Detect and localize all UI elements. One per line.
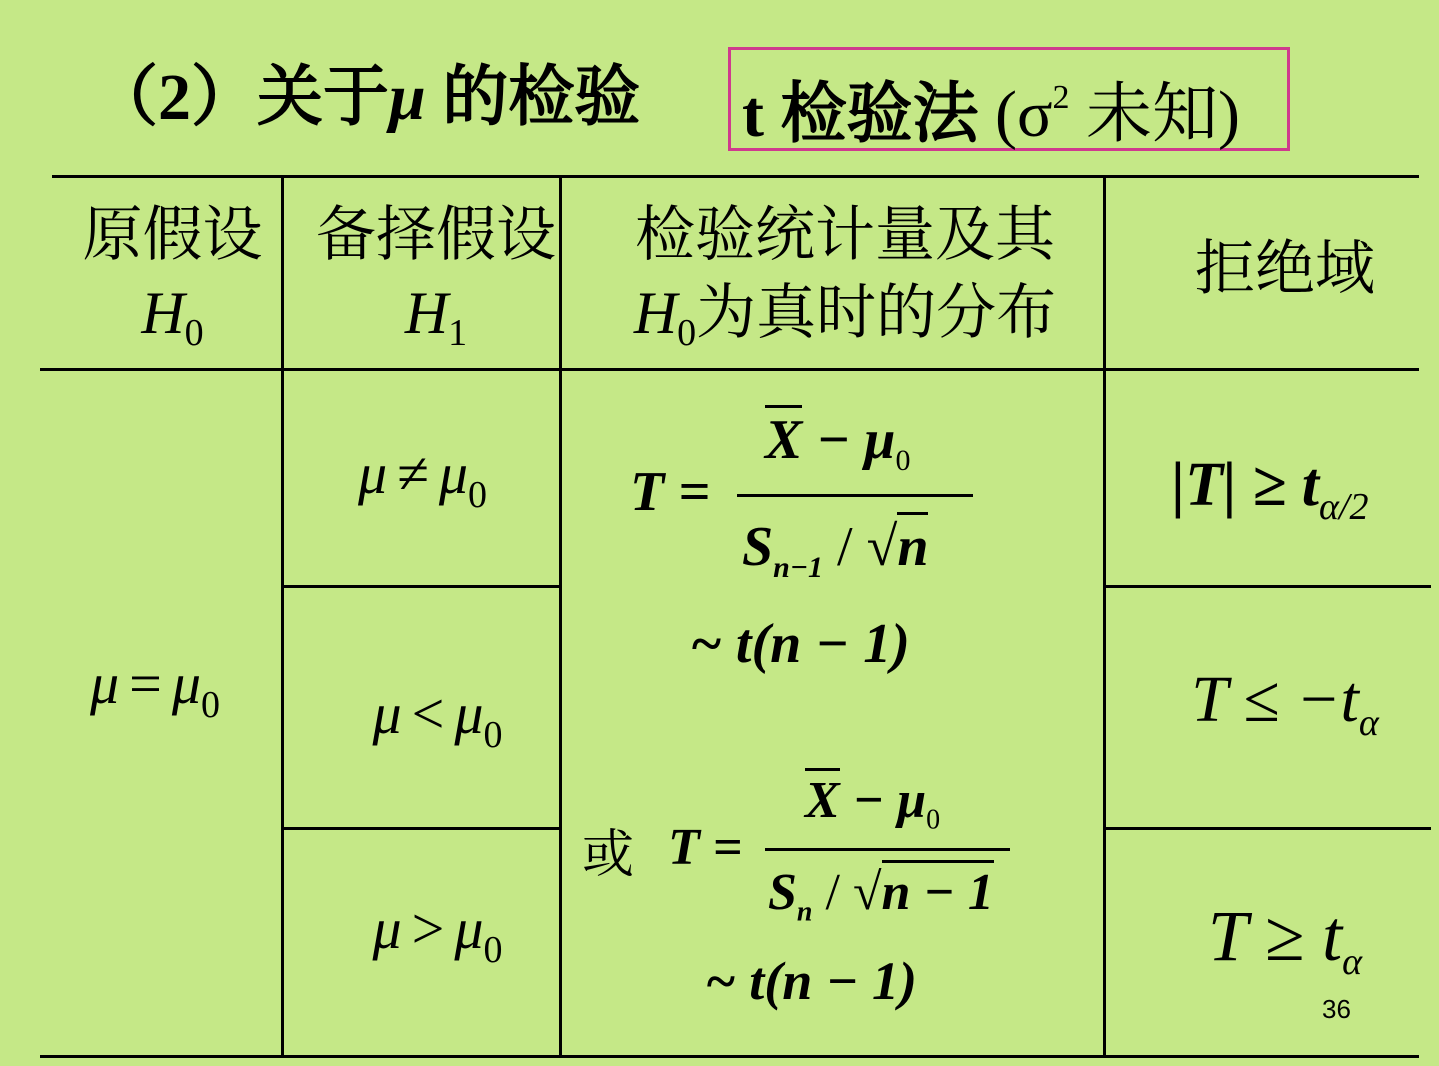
statistic-1-numerator: X − μ0 [765, 405, 910, 478]
statistic-1-lhs: T = [630, 460, 710, 524]
condition-open: (σ [995, 78, 1053, 151]
row-divider-2 [283, 827, 561, 830]
statistic-2-fraction-bar [765, 848, 1010, 851]
rejection-sub: α [1359, 702, 1379, 744]
null-hypothesis-cell: μ=μ0 [50, 650, 260, 727]
numerator-rest: − μ [840, 772, 926, 829]
xbar: X [765, 405, 802, 468]
null-rhs: μ [172, 651, 201, 716]
rejection-region-3: T ≥ tα [1150, 895, 1420, 984]
sqrt-radicand: n [897, 512, 928, 575]
statistic-1-fraction-bar [737, 494, 973, 497]
numerator-rest: − μ [802, 409, 895, 471]
alt-lhs: μ [373, 896, 402, 961]
title-mu-symbol: μ [389, 61, 426, 134]
alt-hypothesis-1: μ≠μ0 [285, 440, 560, 517]
header-statistic-rest: 为真时的分布 [696, 280, 1056, 346]
rejection-expr: T ≥ t [1208, 896, 1342, 976]
row-divider-1 [283, 585, 561, 588]
numerator-sub: 0 [895, 444, 910, 477]
statistic-1-distribution: ~ t(n − 1) [690, 612, 910, 676]
method-letter: t [742, 78, 764, 151]
title-prefix: （2）关于 [92, 61, 389, 134]
sqrt-sign: / √ [813, 864, 882, 921]
subscript: 0 [677, 312, 696, 354]
alt-lhs: μ [373, 681, 402, 746]
null-sub: 0 [201, 684, 220, 726]
alt-rhs: μ [454, 896, 483, 961]
alt-sub: 0 [483, 929, 502, 971]
alt-op: > [412, 896, 445, 961]
alt-op: ≠ [397, 441, 429, 506]
alt-op: < [412, 681, 445, 746]
symbol-h: H [141, 280, 184, 346]
statistic-1-denominator: Sn−1 / √n [742, 512, 928, 585]
statistic-2-lhs: T = [668, 818, 742, 877]
header-null-hypothesis: 原假设 H0 [60, 196, 285, 372]
symbol-h: H [405, 280, 448, 346]
denominator-sub: n−1 [773, 551, 823, 584]
denominator-s: S [742, 516, 773, 578]
method-name: 检验法 [780, 78, 978, 151]
denominator-s: S [768, 864, 797, 921]
header-statistic-line2: H0为真时的分布 [600, 274, 1090, 372]
alt-rhs: μ [454, 681, 483, 746]
rejection-expr: T ≤ −t [1191, 663, 1359, 736]
condition-sup: 2 [1053, 79, 1070, 116]
xbar: X [805, 768, 840, 827]
table-bottom-border [40, 1055, 1419, 1058]
sqrt-sign: / √ [823, 516, 897, 578]
rejection-region-1: |T| ≥ tα/2 [1130, 450, 1410, 529]
header-rejection-region: 拒绝域 [1150, 230, 1420, 308]
method-title: t 检验法 (σ2 未知) [742, 58, 1240, 155]
null-op: = [129, 651, 162, 716]
sqrt-radicand: n − 1 [882, 860, 994, 919]
header-alt-symbol: H1 [308, 274, 564, 372]
rejection-expr: |T| ≥ t [1172, 451, 1319, 519]
rejection-region-2: T ≤ −tα [1150, 662, 1420, 745]
header-test-statistic: 检验统计量及其 H0为真时的分布 [600, 196, 1090, 372]
table-top-border [52, 175, 1419, 178]
alt-rhs: μ [439, 441, 468, 506]
rejection-sub: α/2 [1319, 486, 1369, 528]
numerator-sub: 0 [926, 804, 940, 835]
rejection-sub: α [1342, 941, 1362, 983]
symbol-h: H [634, 280, 677, 346]
header-alt-label: 备择假设 [308, 196, 564, 274]
alt-sub: 0 [483, 714, 502, 756]
header-null-symbol: H0 [60, 274, 285, 372]
alt-sub: 0 [468, 474, 487, 516]
statistic-2-prefix: 或 [582, 812, 634, 887]
header-null-label: 原假设 [60, 196, 285, 274]
header-statistic-line1: 检验统计量及其 [600, 196, 1090, 274]
statistic-2-numerator: X − μ0 [805, 768, 940, 836]
condition-text: 未知) [1070, 78, 1240, 151]
statistic-2-distribution: ~ t(n − 1) [705, 950, 917, 1012]
page-number: 36 [1322, 994, 1351, 1025]
alt-hypothesis-2: μ<μ0 [300, 680, 575, 757]
denominator-sub: n [797, 896, 813, 927]
null-lhs: μ [90, 651, 119, 716]
alt-lhs: μ [358, 441, 387, 506]
header-rejection-label: 拒绝域 [1150, 230, 1420, 308]
title-suffix: 的检验 [442, 61, 640, 134]
slide-title: （2）关于μ 的检验 [92, 58, 640, 138]
statistic-2-denominator: Sn / √n − 1 [768, 860, 994, 928]
col-divider-3 [1103, 175, 1106, 1058]
method-condition: (σ2 未知) [995, 78, 1240, 151]
subscript: 0 [185, 312, 204, 354]
subscript: 1 [448, 312, 467, 354]
header-alt-hypothesis: 备择假设 H1 [308, 196, 564, 372]
row-divider-1-right [1104, 585, 1431, 588]
alt-hypothesis-3: μ>μ0 [300, 895, 575, 972]
row-divider-2-right [1104, 827, 1431, 830]
